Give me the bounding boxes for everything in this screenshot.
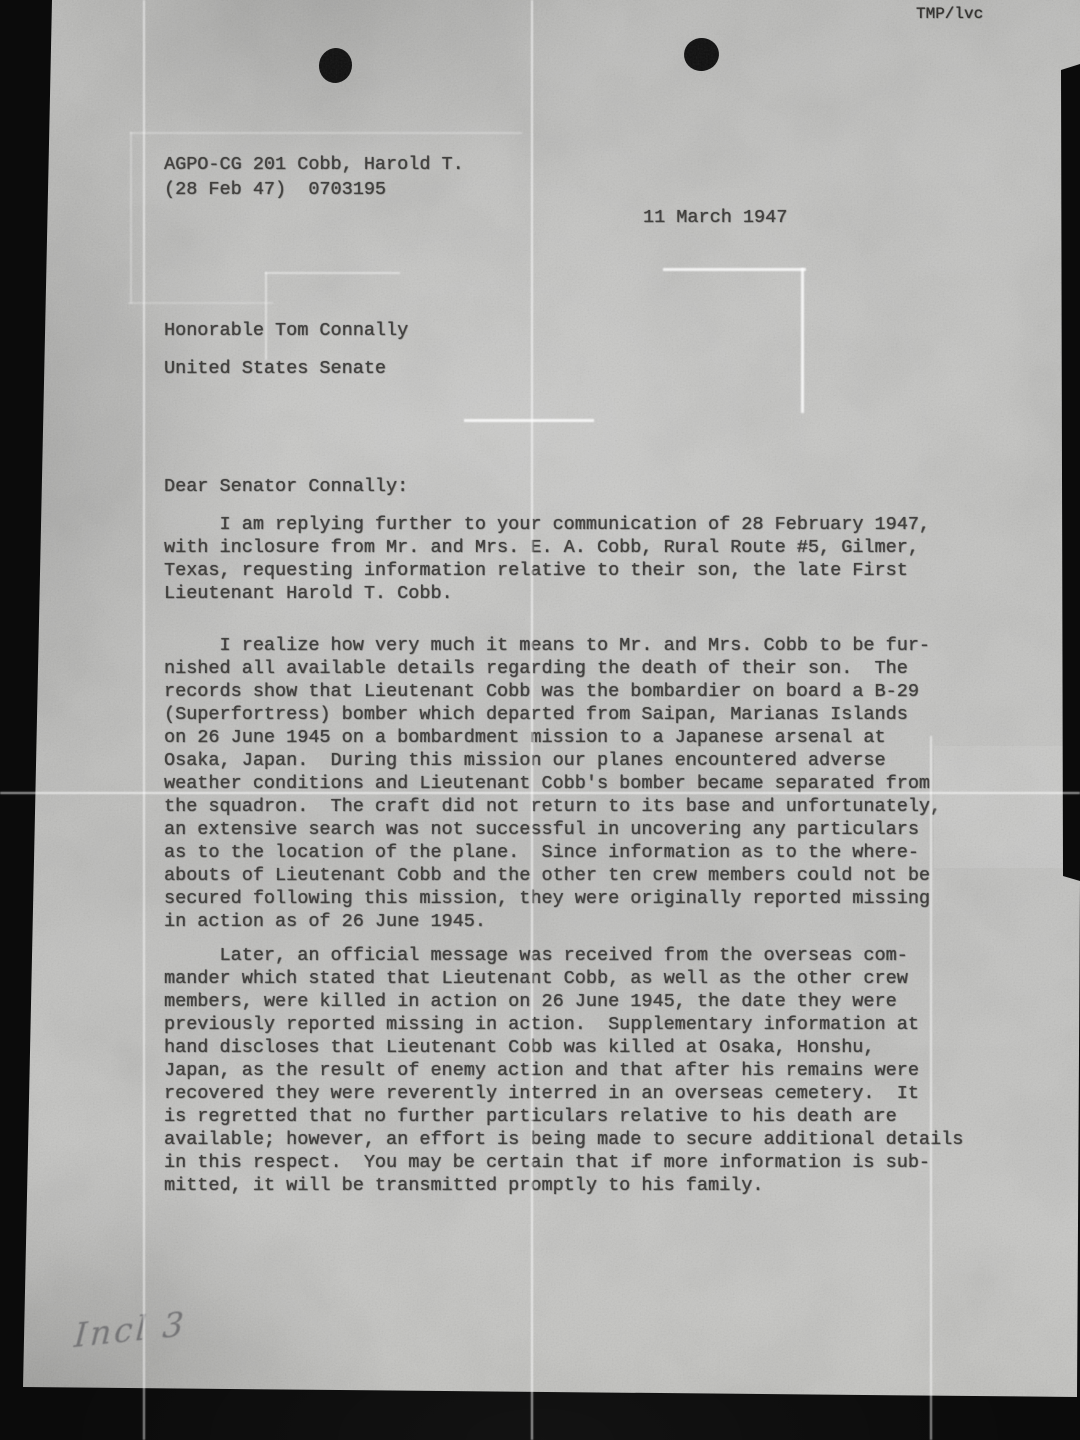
- letter-date: 11 March 1947: [643, 207, 787, 228]
- scan-background: TMP/lvc AGPO-CG 201 Cobb, Harold T. (28 …: [0, 0, 1080, 1440]
- reference-line-2: (28 Feb 47) 0703195: [164, 179, 386, 200]
- letter-paper: TMP/lvc AGPO-CG 201 Cobb, Harold T. (28 …: [0, 0, 1080, 1440]
- body-paragraph-3: Later, an official message was received …: [164, 944, 1009, 1197]
- reference-block: AGPO-CG 201 Cobb, Harold T. (28 Feb 47) …: [164, 152, 464, 202]
- reference-line-1: AGPO-CG 201 Cobb, Harold T.: [164, 154, 464, 175]
- body-paragraph-1: I am replying further to your communicat…: [164, 513, 1009, 605]
- salutation: Dear Senator Connally:: [164, 476, 408, 497]
- typist-initials: TMP/lvc: [916, 5, 983, 23]
- handwritten-enclosure-note: Incl 3: [73, 1304, 188, 1355]
- body-paragraph-2: I realize how very much it means to Mr. …: [164, 634, 1009, 933]
- hole-punch-left: [316, 45, 356, 86]
- hole-punch-right: [682, 36, 721, 74]
- recipient-name: Honorable Tom Connally: [164, 320, 408, 341]
- recipient-organization: United States Senate: [164, 358, 386, 379]
